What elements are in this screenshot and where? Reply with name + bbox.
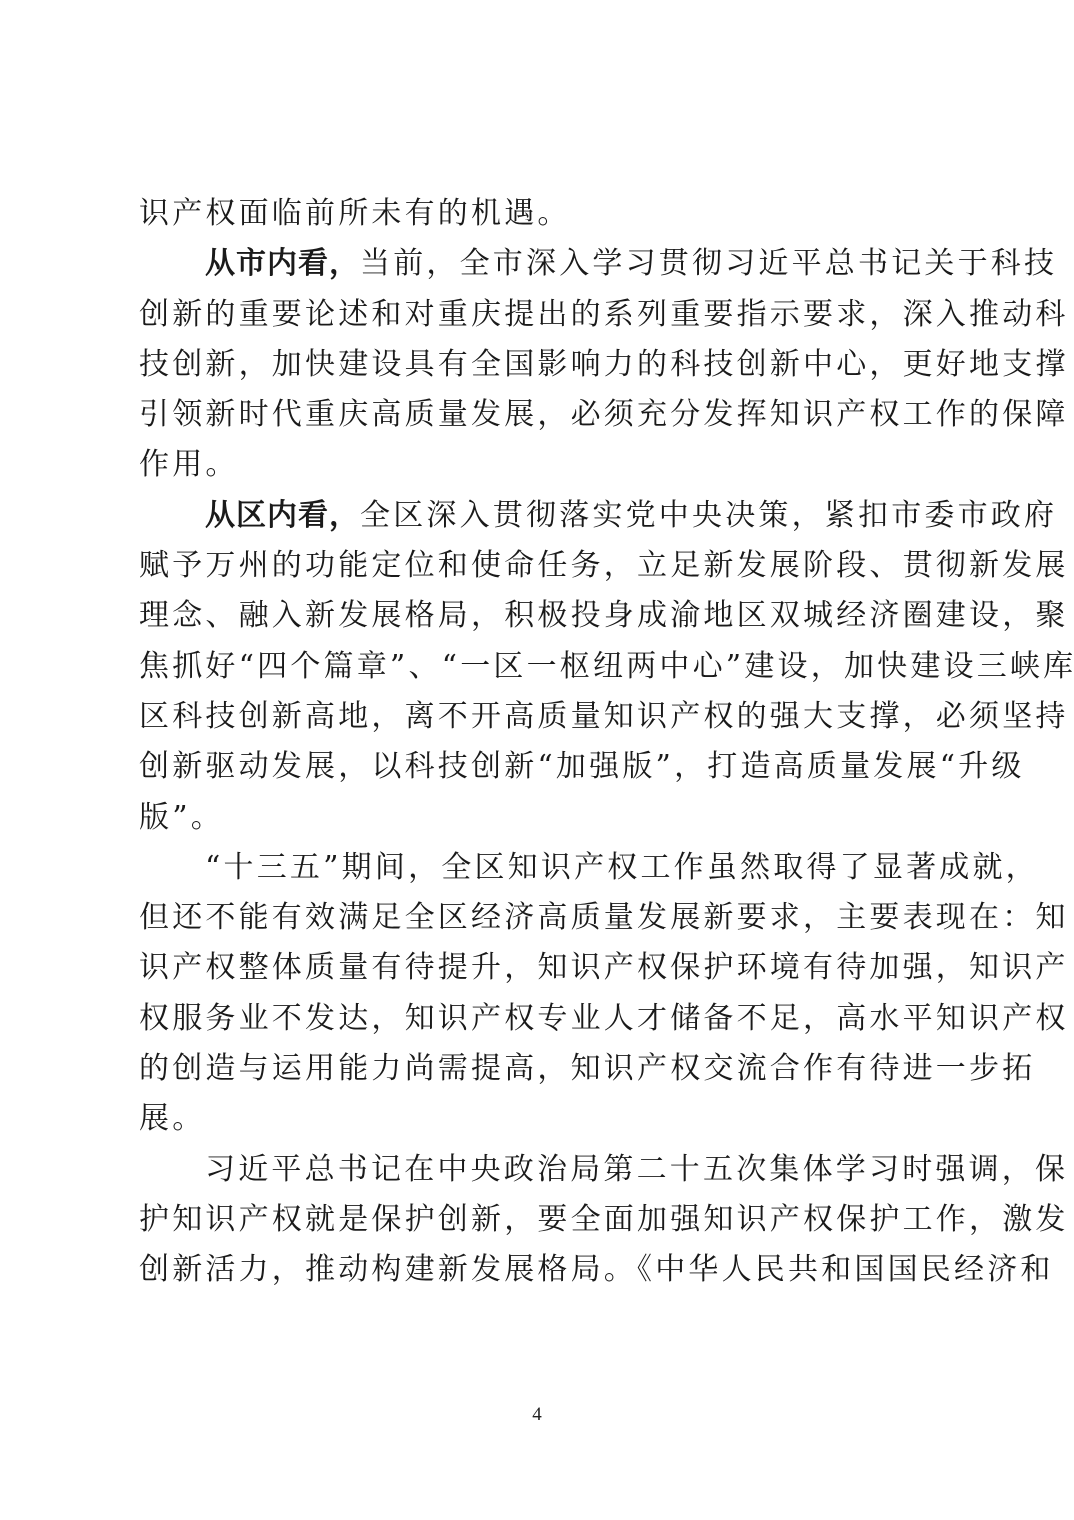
text-line: 创新活力，推动构建新发展格局。《中华人民共和国国民经济和 bbox=[139, 1245, 937, 1295]
paragraph-lead-heading: 从区内看， bbox=[205, 498, 360, 533]
text-line: 焦抓好“四个篇章”、“一区一枢纽两中心”建设，加快建设三峡库 bbox=[139, 642, 937, 692]
text-line: 但还不能有效满足全区经济高质量发展新要求，主要表现在：知 bbox=[139, 893, 937, 943]
page-number: 4 bbox=[527, 1404, 547, 1426]
text-span: 全区深入贯彻落实党中央决策，紧扣市委市政府 bbox=[360, 498, 1057, 533]
text-line: 作用。 bbox=[139, 440, 937, 490]
paragraph-city-perspective: 从市内看，当前，全市深入学习贯彻习近平总书记关于科技 创新的重要论述和对重庆提出… bbox=[139, 239, 937, 490]
text-line: “十三五”期间，全区知识产权工作虽然取得了显著成就， bbox=[139, 843, 937, 893]
paragraph-xi-quote: 习近平总书记在中央政治局第二十五次集体学习时强调，保 护知识产权就是保护创新，要… bbox=[139, 1145, 937, 1296]
paragraph-continuation: 识产权面临前所未有的机遇。 bbox=[139, 189, 937, 239]
text-span: 当前，全市深入学习贯彻习近平总书记关于科技 bbox=[360, 246, 1057, 281]
paragraph-lead-heading: 从市内看， bbox=[205, 246, 360, 281]
text-line: 的创造与运用能力尚需提高，知识产权交流合作有待进一步拓 bbox=[139, 1044, 937, 1094]
text-line: 创新驱动发展，以科技创新“加强版”，打造高质量发展“升级 bbox=[139, 742, 937, 792]
text-line: 区科技创新高地，离不开高质量知识产权的强大支撑，必须坚持 bbox=[139, 692, 937, 742]
text-line: 版”。 bbox=[139, 793, 937, 843]
text-line: 展。 bbox=[139, 1094, 937, 1144]
text-line: 技创新，加快建设具有全国影响力的科技创新中心，更好地支撑 bbox=[139, 340, 937, 390]
text-line: 理念、融入新发展格局，积极投身成渝地区双城经济圈建设，聚 bbox=[139, 591, 937, 641]
text-line: 创新的重要论述和对重庆提出的系列重要指示要求，深入推动科 bbox=[139, 290, 937, 340]
text-line: 从市内看，当前，全市深入学习贯彻习近平总书记关于科技 bbox=[139, 239, 937, 289]
text-line: 护知识产权就是保护创新，要全面加强知识产权保护工作，激发 bbox=[139, 1195, 937, 1245]
text-line: 识产权面临前所未有的机遇。 bbox=[139, 189, 937, 239]
paragraph-district-perspective: 从区内看，全区深入贯彻落实党中央决策，紧扣市委市政府 赋予万州的功能定位和使命任… bbox=[139, 491, 937, 843]
text-line: 识产权整体质量有待提升，知识产权保护环境有待加强，知识产 bbox=[139, 943, 937, 993]
document-page: 识产权面临前所未有的机遇。 从市内看，当前，全市深入学习贯彻习近平总书记关于科技… bbox=[0, 0, 1074, 1520]
text-line: 从区内看，全区深入贯彻落实党中央决策，紧扣市委市政府 bbox=[139, 491, 937, 541]
document-body: 识产权面临前所未有的机遇。 从市内看，当前，全市深入学习贯彻习近平总书记关于科技… bbox=[139, 189, 937, 1296]
text-line: 权服务业不发达，知识产权专业人才储备不足，高水平知识产权 bbox=[139, 994, 937, 1044]
text-line: 引领新时代重庆高质量发展，必须充分发挥知识产权工作的保障 bbox=[139, 390, 937, 440]
text-line: 习近平总书记在中央政治局第二十五次集体学习时强调，保 bbox=[139, 1145, 937, 1195]
paragraph-thirteenth-five-year: “十三五”期间，全区知识产权工作虽然取得了显著成就， 但还不能有效满足全区经济高… bbox=[139, 843, 937, 1145]
text-line: 赋予万州的功能定位和使命任务，立足新发展阶段、贯彻新发展 bbox=[139, 541, 937, 591]
